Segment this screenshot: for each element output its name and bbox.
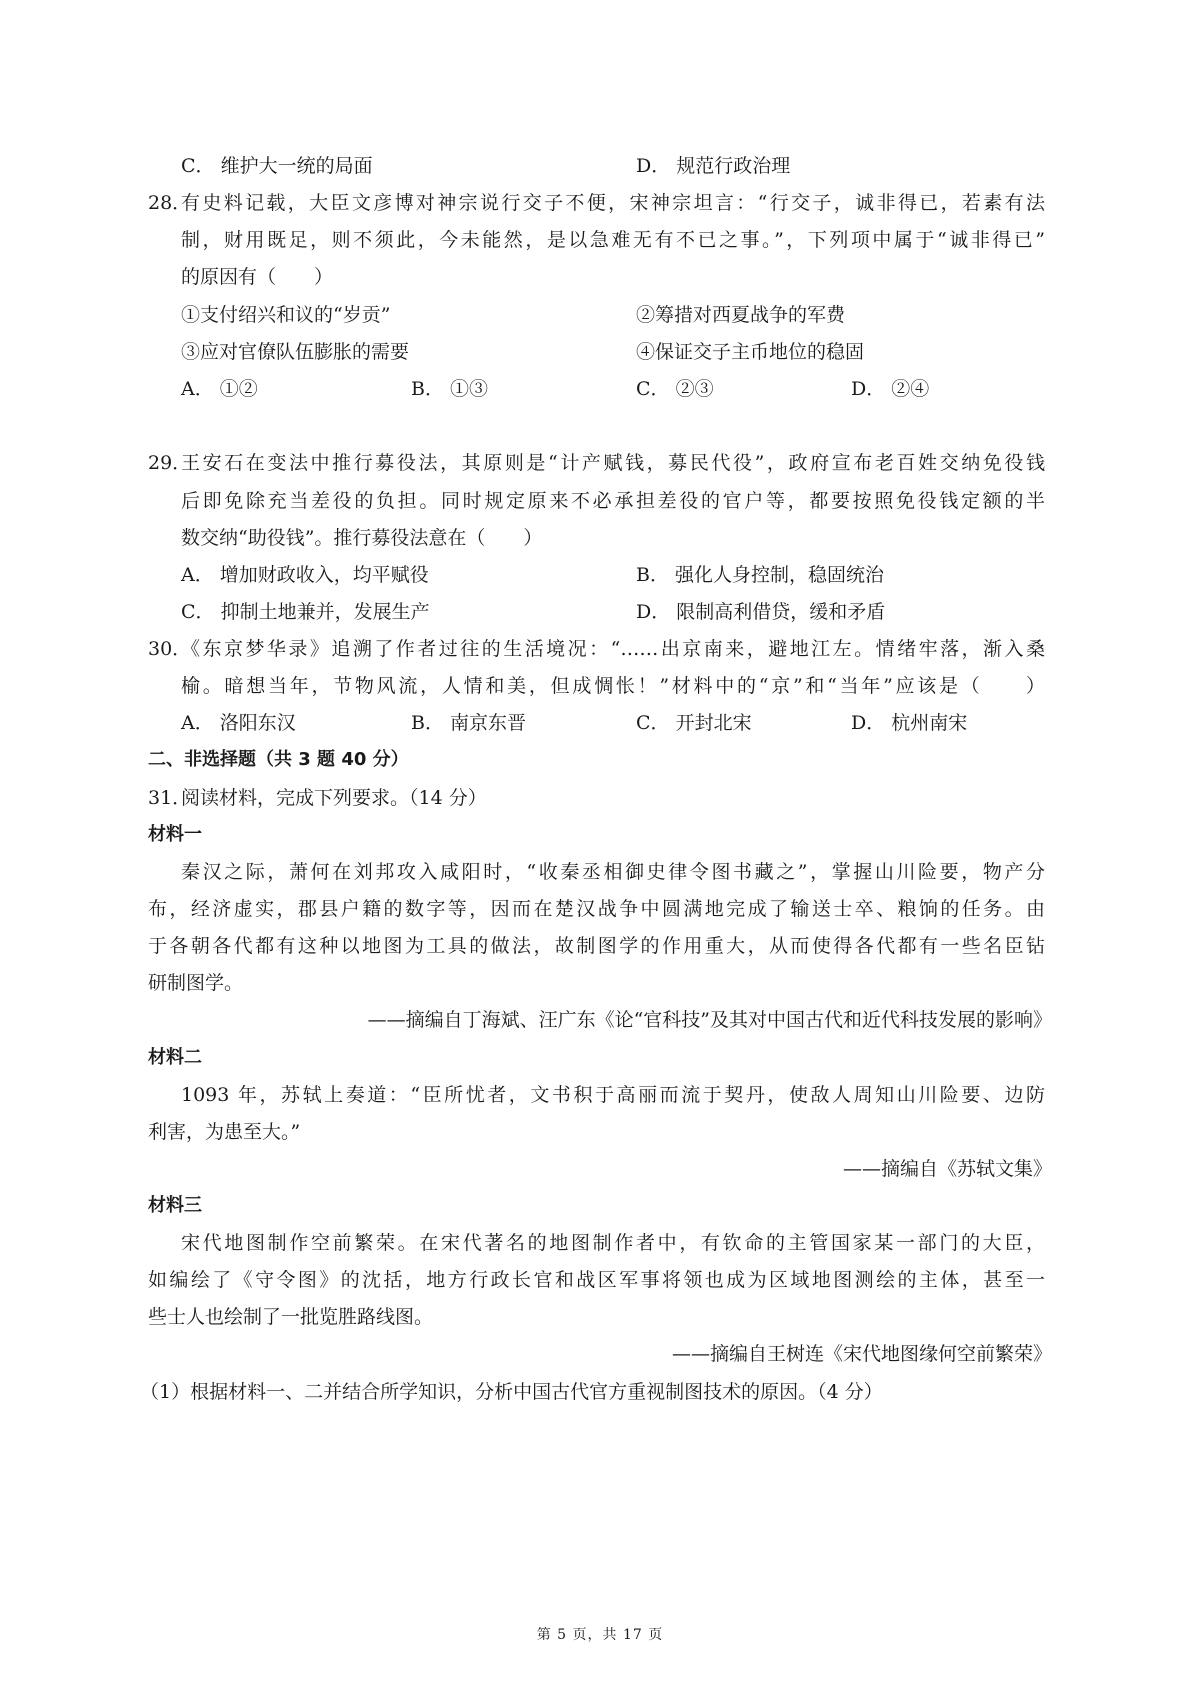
material-3-line-1: 宋代地图制作空前繁荣。在宋代著名的地图制作者中，有钦命的主管国家某一部门的大臣， (181, 1231, 1045, 1255)
material-1-line-1: 秦汉之际，萧何在刘邦攻入咸阳时，“收秦丞相御史律令图书藏之”，掌握山川险要，物产… (181, 860, 1045, 884)
section-2-heading: 二、非选择题（共 3 题 40 分） (148, 748, 409, 772)
q27-option-d: D． 规范行政治理 (636, 154, 790, 178)
q29-stem-line-3: 数交纳“助役钱”。推行募役法意在（ ） (181, 526, 542, 550)
q28-item-1: ①支付绍兴和议的“岁贡” (181, 303, 390, 327)
q30-option-a: A． 洛阳东汉 (181, 711, 296, 735)
q28-item-4: ④保证交子主币地位的稳固 (636, 340, 864, 364)
material-1-line-4: 研制图学。 (148, 971, 243, 995)
page-footer: 第 5 页，共 17 页 (0, 1624, 1200, 1644)
q29-option-b: B． 强化人身控制，稳固统治 (636, 563, 884, 587)
q29-option-d: D． 限制高利借贷，缓和矛盾 (636, 600, 885, 624)
q29-option-c: C． 抑制土地兼并，发展生产 (181, 600, 430, 624)
q31-subquestion-1: （1）根据材料一、二并结合所学知识，分析中国古代官方重视制图技术的原因。（4 分… (140, 1380, 883, 1404)
q30-option-c: C． 开封北宋 (636, 711, 752, 735)
q28-option-c: C． ②③ (636, 377, 714, 401)
material-3-line-2: 如编绘了《守令图》的沈括，地方行政长官和战区军事将领也成为区域地图测绘的主体，甚… (148, 1268, 1045, 1292)
material-1-source: ——摘编自丁海斌、汪广东《论“官科技”及其对中国古代和近代科技发展的影响》 (368, 1008, 1052, 1032)
q28-option-b: B． ①③ (411, 377, 488, 401)
q28-option-d: D． ②④ (851, 377, 929, 401)
q28-item-2: ②筹措对西夏战争的军费 (636, 303, 845, 327)
q31-prompt: 阅读材料，完成下列要求。（14 分） (181, 786, 487, 810)
q28-stem-line-1: 有史料记载，大臣文彦博对神宗说行交子不便，宋神宗坦言：“行交子，诚非得已，若素有… (181, 191, 1045, 215)
material-2-source: ——摘编自《苏轼文集》 (843, 1157, 1052, 1181)
material-3-label: 材料三 (148, 1194, 202, 1218)
material-3-line-3: 些士人也绘制了一批览胜路线图。 (148, 1305, 433, 1329)
q29-stem-line-1: 王安石在变法中推行募役法，其原则是“计产赋钱，募民代役”，政府宣布老百姓交纳免役… (181, 451, 1045, 475)
q28-stem-line-3: 的原因有（ ） (181, 265, 333, 289)
q28-stem-line-2: 制，财用既足，则不须此，今未能然，是以急难无有不已之事。”，下列项中属于“诚非得… (181, 228, 1045, 252)
q28-item-3: ③应对官僚队伍膨胀的需要 (181, 340, 409, 364)
q30-stem-line-1: 《东京梦华录》追溯了作者过往的生活境况：“……出京南来，避地江左。情绪牢落，渐入… (181, 637, 1045, 661)
material-1-line-2: 布，经济虚实，郡县户籍的数字等，因而在楚汉战争中圆满地完成了输送士卒、粮饷的任务… (148, 897, 1045, 921)
material-2-line-1: 1093 年，苏轼上奏道：“臣所忧者，文书积于高丽而流于契丹，使敌人周知山川险要… (181, 1083, 1045, 1107)
material-2-line-2: 利害，为患至大。” (148, 1120, 300, 1144)
q30-option-b: B． 南京东晋 (411, 711, 526, 735)
material-2-label: 材料二 (148, 1046, 202, 1070)
q29-stem-line-2: 后即免除充当差役的负担。同时规定原来不必承担差役的官户等，都要按照免役钱定额的半 (181, 489, 1045, 513)
q27-option-c: C． 维护大一统的局面 (181, 154, 373, 178)
material-3-source: ——摘编自王树连《宋代地图缘何空前繁荣》 (672, 1342, 1052, 1366)
material-1-label: 材料一 (148, 823, 202, 847)
q30-stem-line-2: 榆。暗想当年，节物风流，人情和美，但成惆怅！”材料中的“京”和“当年”应该是（ … (181, 674, 1045, 698)
q30-option-d: D． 杭州南宋 (851, 711, 967, 735)
material-1-line-3: 于各朝各代都有这种以地图为工具的做法，故制图学的作用重大，从而使得各代都有一些名… (148, 934, 1045, 958)
q29-option-a: A． 增加财政收入，均平赋役 (181, 563, 429, 587)
q28-option-a: A． ①② (181, 377, 258, 401)
